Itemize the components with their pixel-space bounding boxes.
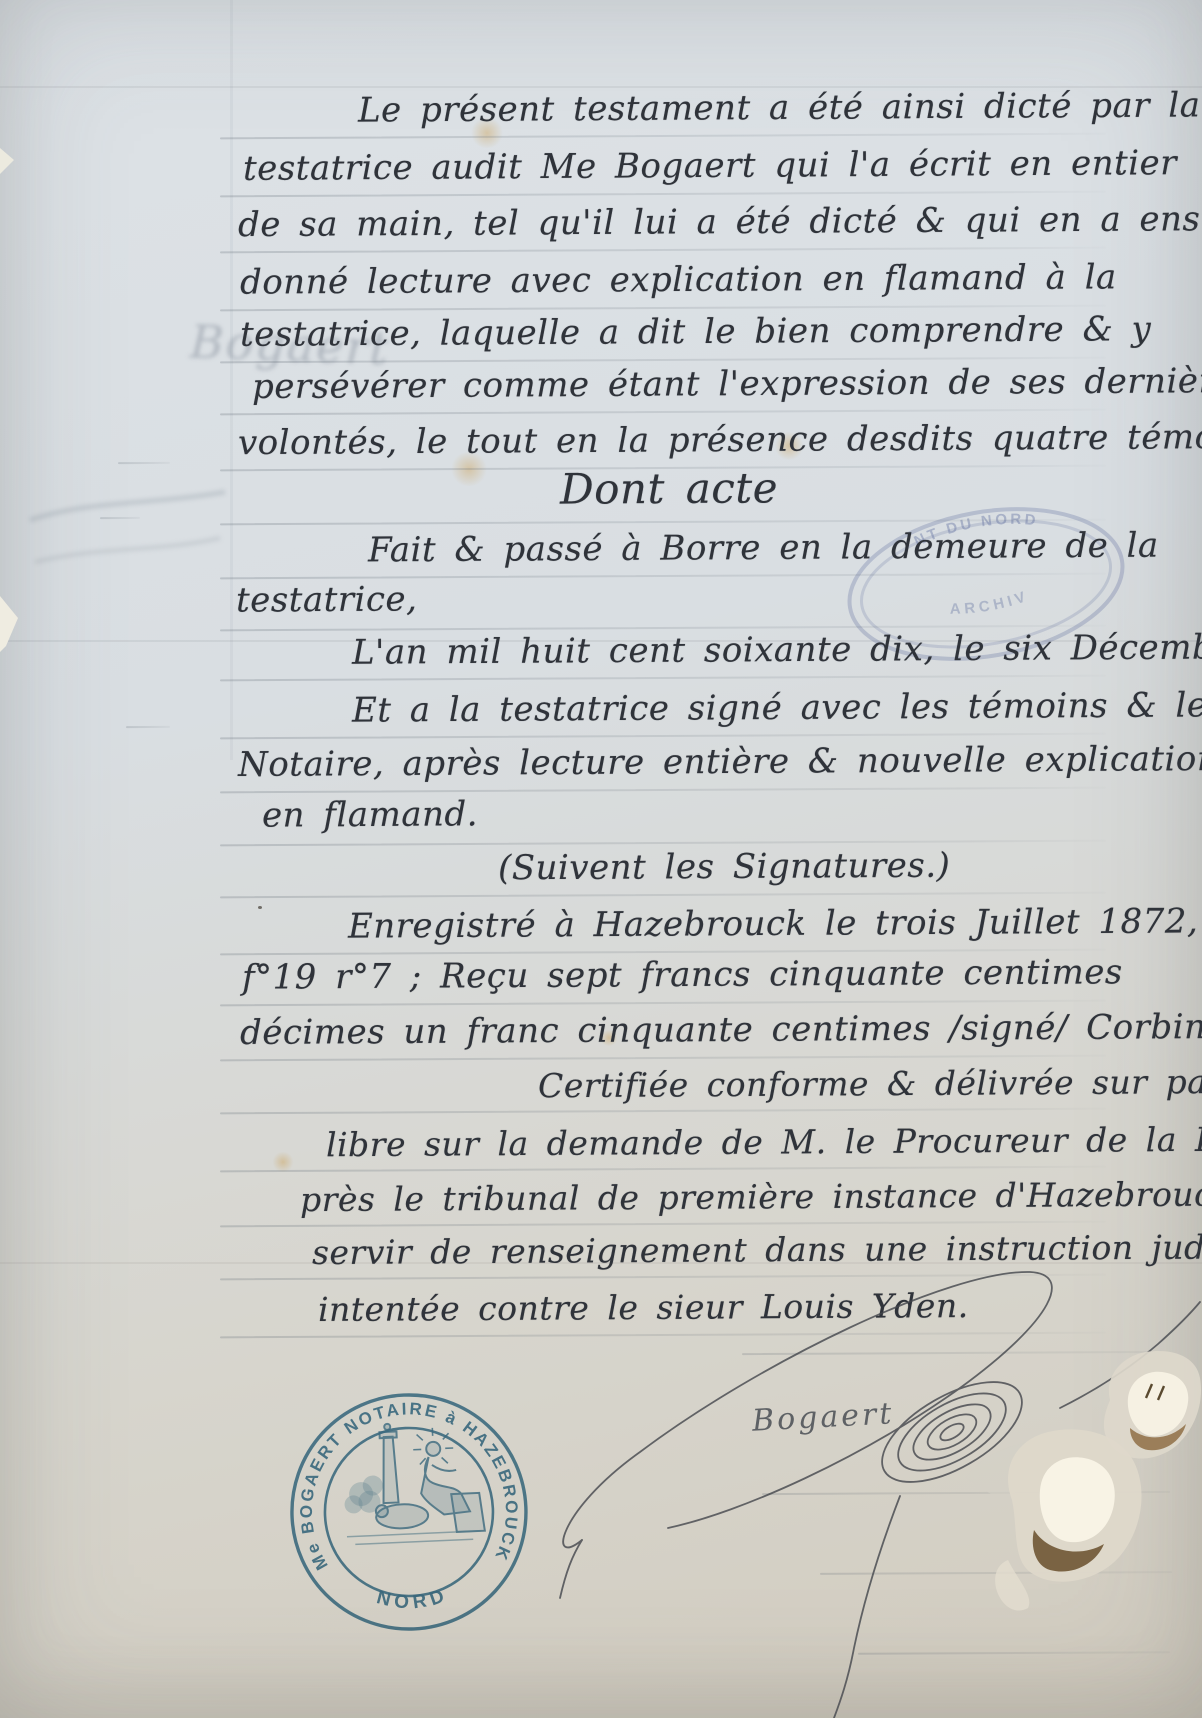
manuscript-line: Fait & passé à Borre en la demeure de la [368,528,1159,570]
notary-seal-stamp: Me BOGAERT NOTAIRE à HAZEBROUCK ( NORD ) [278,1379,539,1648]
ruled-guideline [220,840,1106,847]
manuscript-line: volontés, le tout en la présence desdits… [238,419,1202,463]
manuscript-line: libre sur la demande de M. le Procureur … [326,1121,1202,1164]
ruled-guideline [220,191,1106,198]
manuscript-line: de sa main, tel qu'il lui a été dicté & … [238,201,1202,245]
ruled-guideline [220,787,1106,794]
ruled-guideline [220,1332,1106,1339]
manuscript-line: Enregistré à Hazebrouck le trois Juillet… [348,903,1199,946]
manuscript-line: Et a la testatrice signé avec les témoin… [352,687,1202,730]
ink-speck [258,906,262,909]
ruled-guideline [220,1055,1106,1062]
ruled-guideline [220,892,1106,899]
manuscript-line: Le présent testament a été ainsi dicté p… [358,87,1201,130]
manuscript-line: persévérer comme étant l'expression de s… [252,363,1202,407]
ruled-guideline [220,1000,1106,1007]
signature-bogaert: Bogaert [751,1396,895,1438]
manuscript-line: donné lecture avec explication en flaman… [240,259,1117,302]
ruled-guideline [220,133,1106,140]
manuscript-line: Notaire, après lecture entière & nouvell… [238,741,1202,784]
ruled-guideline [100,517,140,519]
ruled-guideline [118,462,170,464]
ruled-guideline [820,1571,1172,1575]
edge-tear [0,592,24,656]
manuscript-line: testatrice, [236,581,418,619]
ruled-guideline [220,1166,1106,1173]
ruled-guideline [220,675,1106,682]
manuscript-line: Dont acte [560,465,778,513]
svg-text:ARCHIV: ARCHIV [947,587,1032,622]
ruled-guideline [858,1651,1170,1655]
ruled-guideline [220,409,1106,416]
manuscript-line: testatrice, laquelle a dit le bien compr… [240,311,1152,354]
manuscript-line: Certifiée conforme & délivrée sur papier [538,1064,1202,1105]
manuscript-line: décimes un franc cinquante centimes /sig… [240,1009,1202,1052]
manuscript-line: près le tribunal de première instance d'… [300,1176,1202,1219]
paper-crease [230,0,233,760]
ruled-guideline [220,247,1106,254]
manuscript-line: intentée contre le sieur Louis Yden. [318,1288,969,1328]
ruled-guideline [762,1491,1170,1495]
ruled-guideline [220,1108,1106,1115]
document-page: Bogaert NT DU NORD ARCHIV Le présent tes… [0,0,1202,1718]
manuscript-line: servir de renseignement dans une instruc… [312,1229,1202,1271]
ruled-guideline [220,1274,1106,1281]
edge-tear [0,144,20,178]
manuscript-line: testatrice audit Me Bogaert qui l'a écri… [243,145,1177,188]
ruled-guideline [742,1351,1162,1355]
ruled-guideline [126,726,170,728]
ruled-guideline [220,1221,1106,1228]
ruled-guideline [220,733,1106,740]
manuscript-line: en flamand. [262,796,478,835]
manuscript-line: f°19 r°7 ; Reçu sept francs cinquante ce… [242,954,1123,997]
archive-stamp-bottom-text: ARCHIV [947,587,1032,622]
paper-damage-hole [966,1429,1142,1610]
seal-emblem [341,1420,485,1545]
paper-damage-hole [1104,1351,1201,1459]
manuscript-line: L'an mil huit cent soixante dix, le six … [352,629,1202,672]
manuscript-line: (Suivent les Signatures.) [498,848,951,888]
